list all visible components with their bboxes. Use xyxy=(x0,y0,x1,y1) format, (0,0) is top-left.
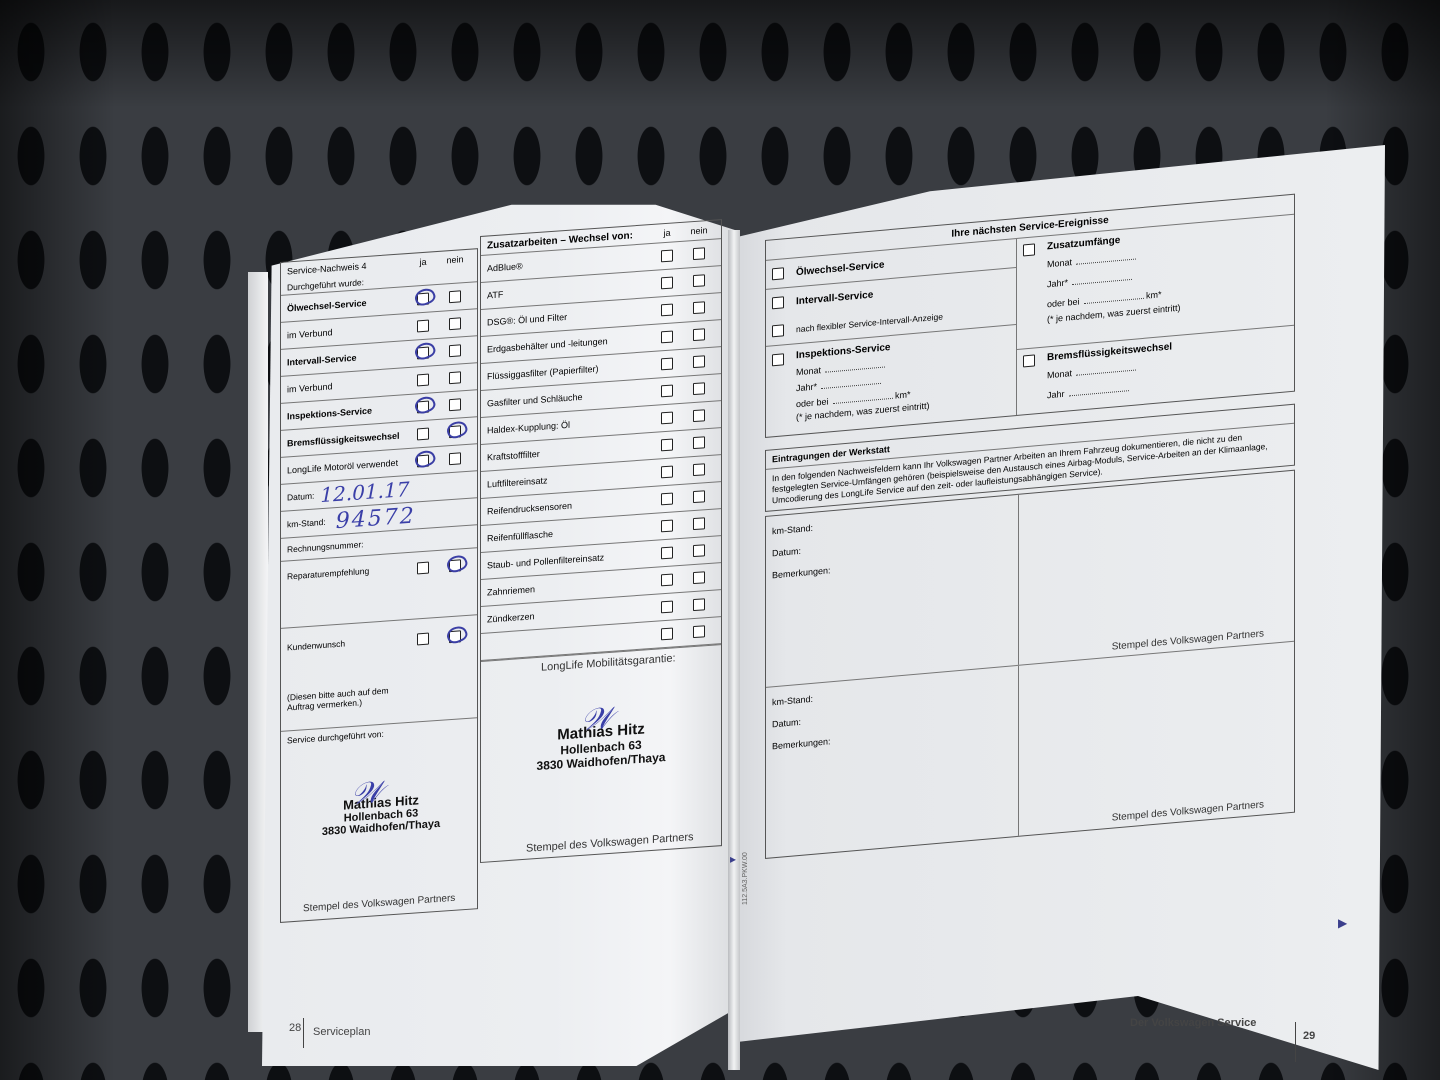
print-code: 112.5A3.PKW.00 xyxy=(742,852,749,905)
service-item-yes-checkbox[interactable] xyxy=(417,347,429,360)
next-events-left: Ölwechsel-Service Intervall-Service nach… xyxy=(766,239,1017,437)
oil-change-checkbox[interactable] xyxy=(772,267,784,280)
service-item-no-checkbox[interactable] xyxy=(449,398,461,411)
inspection-year-field[interactable] xyxy=(821,383,881,389)
brake-fluid-checkbox[interactable] xyxy=(1023,354,1035,367)
customer-request-no-checkbox[interactable] xyxy=(449,630,461,643)
service-item-no-checkbox[interactable] xyxy=(449,371,461,384)
service-item-no-checkbox[interactable] xyxy=(449,317,461,330)
additional-work-item-no-checkbox[interactable] xyxy=(693,625,705,638)
next-service-events-form: Ihre nächsten Service-Ereignisse Ölwechs… xyxy=(765,194,1295,859)
footer-divider-right xyxy=(1295,1022,1296,1062)
additional-work-item-yes-checkbox[interactable] xyxy=(661,574,673,587)
footer-divider xyxy=(303,1018,304,1048)
service-item-no-checkbox[interactable] xyxy=(449,425,461,438)
inspection-km-field[interactable] xyxy=(833,398,893,404)
interval-service-checkbox[interactable] xyxy=(772,296,784,309)
additional-work-item-yes-checkbox[interactable] xyxy=(661,304,673,317)
customer-request-row: Kundenwunsch (Diesen bitte auch auf dem … xyxy=(281,615,477,732)
customer-request-yes-checkbox[interactable] xyxy=(417,633,429,646)
mobility-guarantee-box: LongLife Mobilitätsgarantie: Mathias Hit… xyxy=(481,644,721,862)
service-booklet: Service-Nachweis 4 ja nein Durchgeführt … xyxy=(0,0,1440,1080)
additional-work-item-yes-checkbox[interactable] xyxy=(661,358,673,371)
additional-work-item-no-checkbox[interactable] xyxy=(693,463,705,476)
additional-work-item-yes-checkbox[interactable] xyxy=(661,520,673,533)
additional-year-field[interactable] xyxy=(1072,279,1132,285)
service-item-no-checkbox[interactable] xyxy=(449,344,461,357)
performed-by-box: Service durchgeführt von: Mathias Hitz H… xyxy=(281,718,477,922)
service-record-column: Service-Nachweis 4 ja nein Durchgeführt … xyxy=(280,248,478,923)
additional-work-item-no-checkbox[interactable] xyxy=(693,355,705,368)
inspection-month-field[interactable] xyxy=(825,367,885,373)
stamp-area-2[interactable]: Stempel des Volkswagen Partners xyxy=(1019,642,1294,836)
additional-km-field[interactable] xyxy=(1084,298,1144,304)
additional-work-item-no-checkbox[interactable] xyxy=(693,301,705,314)
additional-work-item-yes-checkbox[interactable] xyxy=(661,466,673,479)
additional-work-item-no-checkbox[interactable] xyxy=(693,490,705,503)
signature-1: 𝒲 xyxy=(351,775,382,812)
service-item-yes-checkbox[interactable] xyxy=(417,455,429,468)
additional-work-item-no-checkbox[interactable] xyxy=(693,571,705,584)
additional-work-item-no-checkbox[interactable] xyxy=(693,436,705,449)
service-item-no-checkbox[interactable] xyxy=(449,452,461,465)
additional-work-item-no-checkbox[interactable] xyxy=(693,382,705,395)
brake-month-field[interactable] xyxy=(1076,370,1136,376)
service-item-yes-checkbox[interactable] xyxy=(417,320,429,333)
service-item-yes-checkbox[interactable] xyxy=(417,374,429,387)
additional-work-item-yes-checkbox[interactable] xyxy=(661,331,673,344)
col-no-header: nein xyxy=(439,254,471,266)
inspection-service-checkbox[interactable] xyxy=(772,353,784,366)
left-section-title: Serviceplan xyxy=(313,1026,370,1038)
additional-work-item-yes-checkbox[interactable] xyxy=(661,412,673,425)
col-yes-header: ja xyxy=(407,256,439,268)
service-record-form: Service-Nachweis 4 ja nein Durchgeführt … xyxy=(280,231,730,262)
booklet-spine xyxy=(728,230,740,1070)
additional-work-item-yes-checkbox[interactable] xyxy=(661,547,673,560)
additional-work-column: Zusatzarbeiten – Wechsel von: ja nein Ad… xyxy=(480,219,722,863)
additional-work-item-no-checkbox[interactable] xyxy=(693,598,705,611)
stamp-area-1[interactable]: Stempel des Volkswagen Partners xyxy=(1019,471,1294,665)
service-item-yes-checkbox[interactable] xyxy=(417,401,429,414)
next-page-arrow-left: ▸ xyxy=(730,852,736,866)
flexible-interval-checkbox[interactable] xyxy=(772,324,784,337)
additional-work-item-yes-checkbox[interactable] xyxy=(661,493,673,506)
next-events-right: Zusatzumfänge Monat Jahr* oder bei km* (… xyxy=(1017,215,1294,415)
additional-work-item-no-checkbox[interactable] xyxy=(693,409,705,422)
additional-work-item-yes-checkbox[interactable] xyxy=(661,628,673,641)
right-page-number: 29 xyxy=(1303,1030,1315,1042)
additional-work-item-yes-checkbox[interactable] xyxy=(661,601,673,614)
additional-work-item-yes-checkbox[interactable] xyxy=(661,385,673,398)
additional-month-field[interactable] xyxy=(1076,259,1136,265)
right-section-title: Der Volkswagen Service xyxy=(1130,1017,1256,1029)
additional-work-item-no-checkbox[interactable] xyxy=(693,247,705,260)
additional-work-item-yes-checkbox[interactable] xyxy=(661,250,673,263)
additional-scope-checkbox[interactable] xyxy=(1023,243,1035,256)
signature-2: 𝒲 xyxy=(581,701,612,738)
next-page-arrow-right: ▶ xyxy=(1338,916,1347,930)
brake-year-field[interactable] xyxy=(1069,390,1129,396)
service-item-no-checkbox[interactable] xyxy=(449,290,461,303)
repair-recommendation-no-checkbox[interactable] xyxy=(449,559,461,572)
additional-work-item-yes-checkbox[interactable] xyxy=(661,277,673,290)
additional-work-item-no-checkbox[interactable] xyxy=(693,328,705,341)
additional-work-item-no-checkbox[interactable] xyxy=(693,274,705,287)
additional-work-item-yes-checkbox[interactable] xyxy=(661,439,673,452)
service-item-yes-checkbox[interactable] xyxy=(417,293,429,306)
workshop-entries: km-Stand: Datum: Bemerkungen: Stempel de… xyxy=(765,470,1295,859)
order-note: (Diesen bitte auch auf dem Auftrag verme… xyxy=(287,685,397,713)
service-item-yes-checkbox[interactable] xyxy=(417,428,429,441)
additional-work-item-no-checkbox[interactable] xyxy=(693,544,705,557)
repair-recommendation-yes-checkbox[interactable] xyxy=(417,562,429,575)
left-page-number: 28 xyxy=(289,1022,301,1034)
additional-work-item-no-checkbox[interactable] xyxy=(693,517,705,530)
